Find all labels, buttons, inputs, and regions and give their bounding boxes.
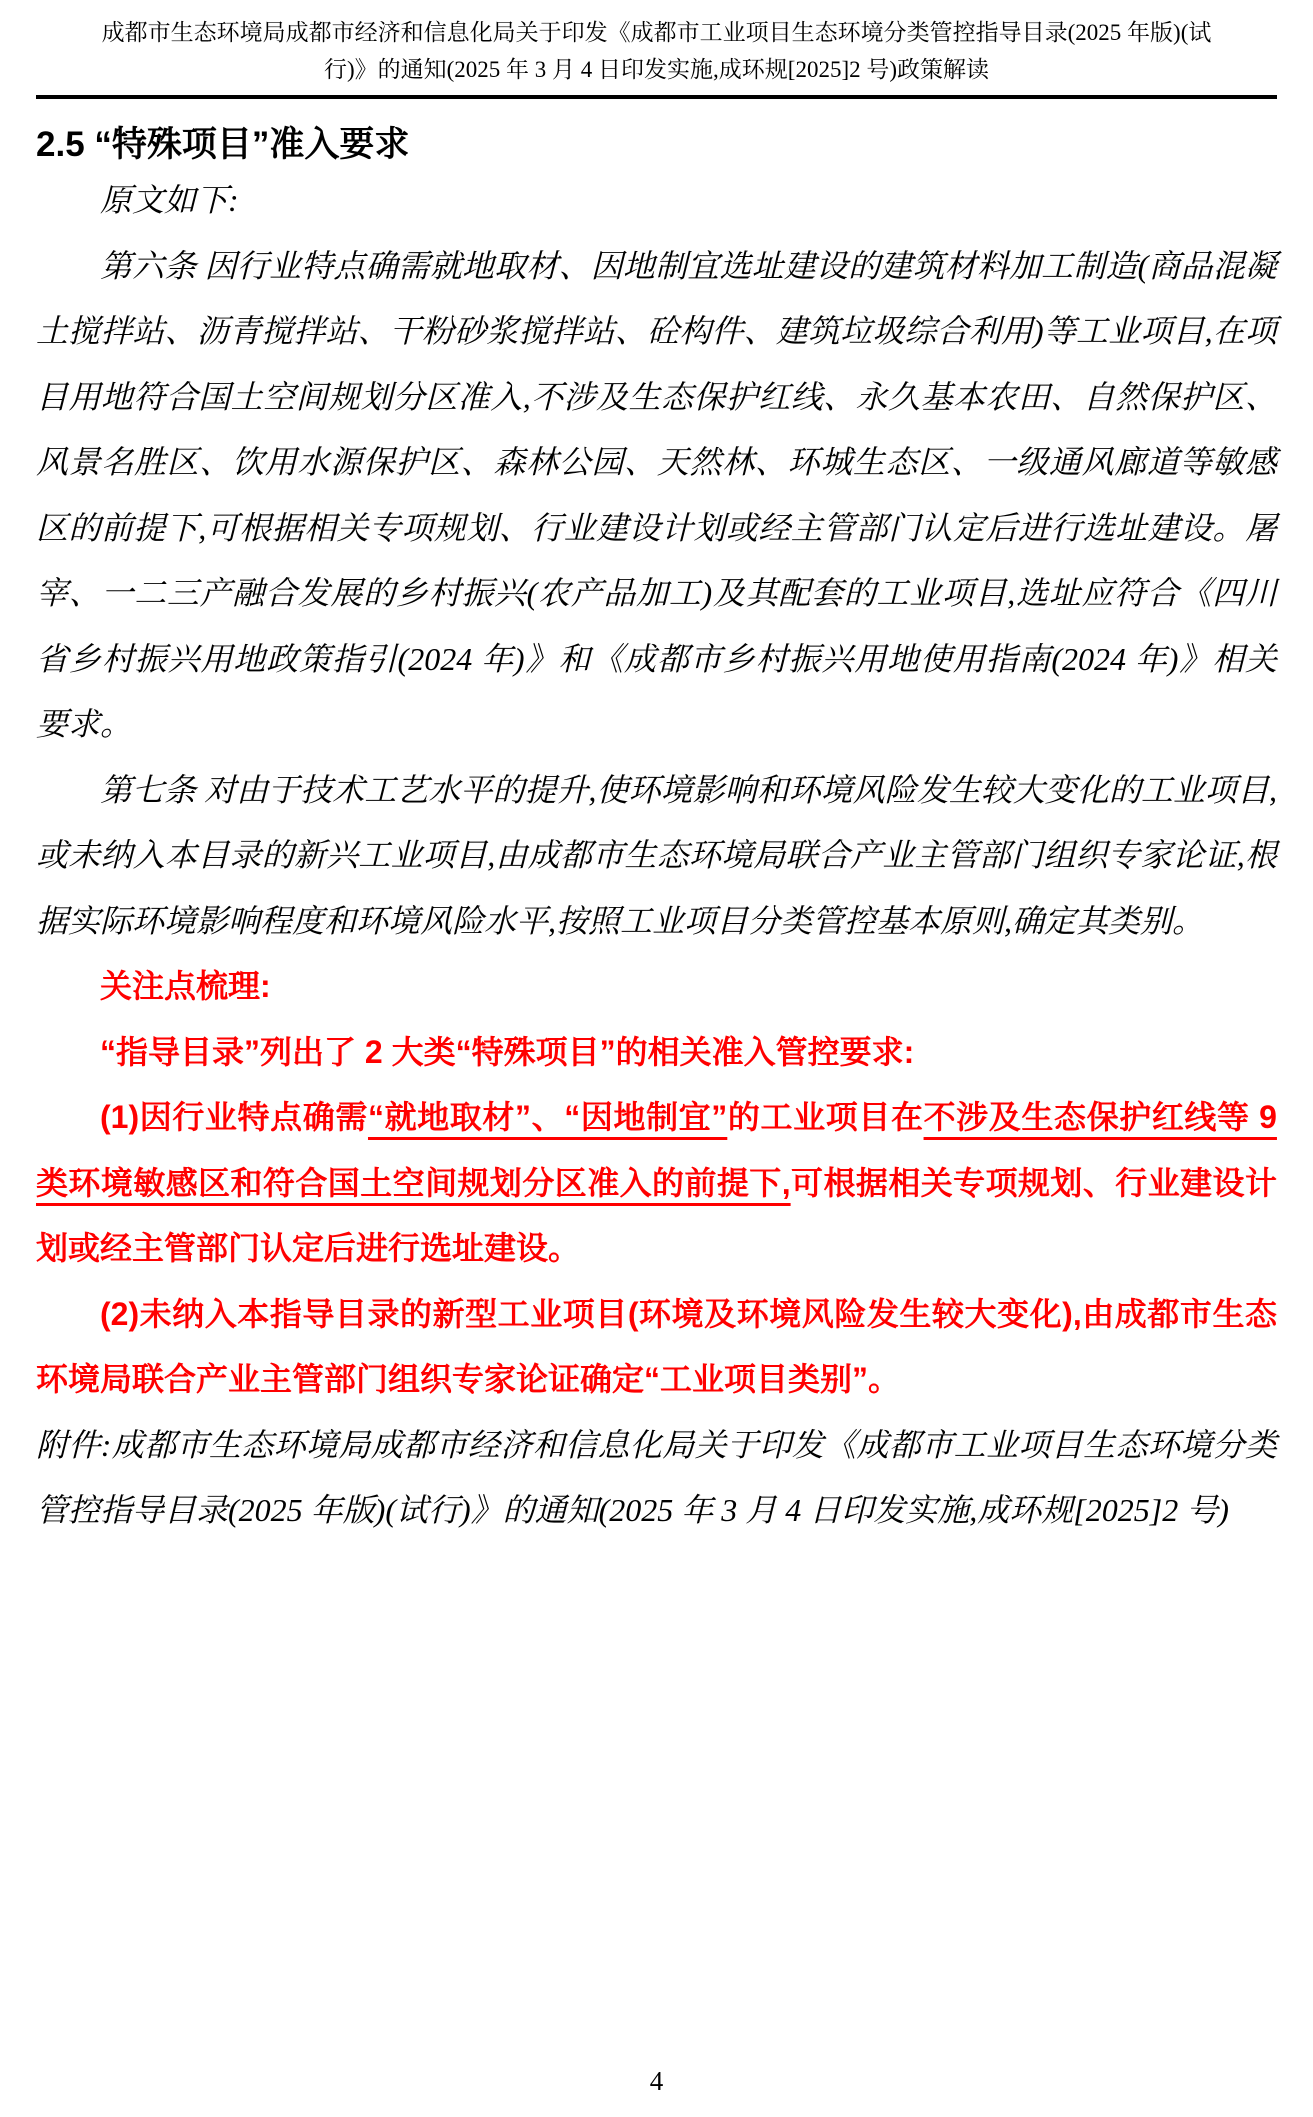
intro-paragraph: 原文如下:	[36, 168, 1277, 234]
highlight-point-2: (2)未纳入本指导目录的新型工业项目(环境及环境风险发生较大变化),由成都市生态…	[36, 1282, 1277, 1413]
header-divider	[36, 95, 1277, 99]
highlights-summary: “指导目录”列出了 2 大类“特殊项目”的相关准入管控要求:	[36, 1020, 1277, 1086]
document-body: 原文如下: 第六条 因行业特点确需就地取材、因地制宜选址建设的建筑材料加工制造(…	[36, 168, 1277, 1544]
header-title-line-1: 成都市生态环境局成都市经济和信息化局关于印发《成都市工业项目生态环境分类管控指导…	[36, 14, 1277, 51]
highlight-point-1: (1)因行业特点确需“就地取材”、“因地制宜”的工业项目在不涉及生态保护红线等 …	[36, 1085, 1277, 1282]
point-1-text: (1)因行业特点确需	[100, 1099, 368, 1135]
point-1-text-2: 的工业项目在	[727, 1099, 923, 1135]
attachment-paragraph: 附件:成都市生态环境局成都市经济和信息化局关于印发《成都市工业项目生态环境分类管…	[36, 1413, 1277, 1544]
page-number: 4	[0, 2066, 1313, 2097]
article-7-paragraph: 第七条 对由于技术工艺水平的提升,使环境影响和环境风险发生较大变化的工业项目,或…	[36, 758, 1277, 955]
header-title-line-2: 行)》的通知(2025 年 3 月 4 日印发实施,成环规[2025]2 号)政…	[36, 51, 1277, 88]
document-page: 成都市生态环境局成都市经济和信息化局关于印发《成都市工业项目生态环境分类管控指导…	[0, 0, 1313, 2117]
point-1-underlined-phrase-1: “就地取材”、“因地制宜”	[368, 1099, 727, 1135]
section-heading: 2.5 “特殊项目”准入要求	[36, 121, 1277, 168]
highlights-label: 关注点梳理:	[36, 954, 1277, 1020]
document-header: 成都市生态环境局成都市经济和信息化局关于印发《成都市工业项目生态环境分类管控指导…	[36, 14, 1277, 88]
article-6-paragraph: 第六条 因行业特点确需就地取材、因地制宜选址建设的建筑材料加工制造(商品混凝土搅…	[36, 234, 1277, 758]
